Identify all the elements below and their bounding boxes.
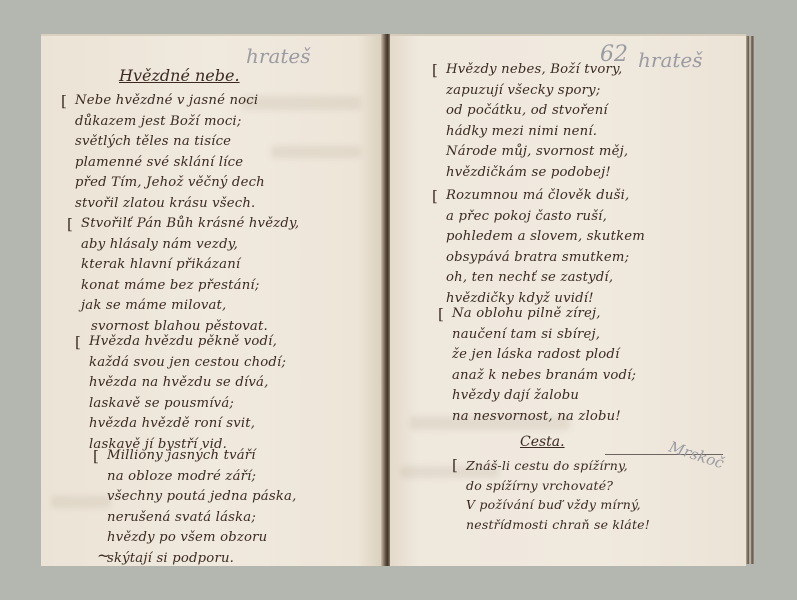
right-page: 62 hrateš [ Hvězdy nebes, Boží tvory, za…: [390, 34, 746, 566]
verse-line: Nebe hvězdné v jasné noci: [75, 91, 265, 112]
verse-line: konat máme bez přestání;: [81, 276, 299, 297]
end-flourish-icon: ~: [97, 546, 110, 565]
page-stack-edge: [746, 36, 754, 564]
verse-line: hvězda hvězdě roní svit,: [89, 414, 286, 435]
verse-line: na nesvornost, na zlobu!: [452, 407, 636, 428]
stanza-2: [ Rozumnou má člověk duši, a přec pokoj …: [446, 186, 645, 309]
verse-line: anaž k nebes branám vodí;: [452, 366, 636, 387]
verse-line: obsypává bratra smutkem;: [446, 248, 645, 269]
verse-line: Hvězdy nebes, Boží tvory,: [446, 60, 628, 81]
verse-line: před Tím, Jehož věčný dech: [75, 173, 265, 194]
poem-cesta-stanza: [ Znáš-li cestu do spížírny, do spížírny…: [466, 456, 650, 534]
verse-line: do spížírny vrchovaté?: [466, 476, 650, 496]
verse-line: každá svou jen cestou chodí;: [89, 353, 286, 374]
verse-line: laskavě se pousmívá;: [89, 394, 286, 415]
stanza-1: [ Hvězdy nebes, Boží tvory, zapuzují vše…: [446, 60, 628, 183]
ink-bleed-through: [271, 146, 361, 158]
verse-line: kterak hlavní přikázaní: [81, 255, 299, 276]
stanza-3: [ Hvězda hvězdu pěkně vodí, každá svou j…: [89, 332, 286, 455]
poem-title: Hvězdné nebe.: [119, 66, 240, 85]
stanza-bracket-icon: [: [452, 456, 458, 476]
verse-line: nerušená svatá láska;: [107, 508, 296, 529]
verse-line: naučení tam si sbírej,: [452, 325, 636, 346]
verse-line: hvězdy po všem obzoru: [107, 528, 296, 549]
open-notebook: hrateš Hvězdné nebe. [ Nebe hvězdné v ja…: [41, 34, 753, 566]
pencil-annotation: hrateš: [246, 44, 311, 68]
verse-line: hvězda na hvězdu se dívá,: [89, 373, 286, 394]
verse-line: Na oblohu pilně zírej,: [452, 304, 636, 325]
verse-line: od počátku, od stvoření: [446, 101, 628, 122]
stanza-bracket-icon: [: [438, 304, 444, 325]
verse-line: Znáš-li cestu do spížírny,: [466, 456, 650, 476]
verse-line: Národe můj, svornost měj,: [446, 142, 628, 163]
verse-line: Stvořilť Pán Bůh krásné hvězdy,: [81, 214, 299, 235]
verse-line: pohledem a slovem, skutkem: [446, 227, 645, 248]
stanza-3: [ Na oblohu pilně zírej, naučení tam si …: [452, 304, 636, 427]
verse-line: oh, ten nechť se zastydí,: [446, 268, 645, 289]
stanza-bracket-icon: [: [432, 186, 438, 207]
stanza-bracket-icon: [: [432, 60, 438, 81]
verse-line: hvězdičkám se podobej!: [446, 163, 628, 184]
verse-line: Rozumnou má člověk duši,: [446, 186, 645, 207]
verse-line: důkazem jest Boží moci;: [75, 112, 265, 133]
ink-bleed-through: [51, 496, 111, 508]
stanza-bracket-icon: [: [93, 446, 99, 467]
stanza-bracket-icon: [: [75, 332, 81, 353]
verse-line: a přec pokoj často ruší,: [446, 207, 645, 228]
verse-line: hádky mezi nimi není.: [446, 122, 628, 143]
verse-line: Milliony jasných tváří: [107, 446, 296, 467]
left-page: hrateš Hvězdné nebe. [ Nebe hvězdné v ja…: [41, 34, 385, 566]
verse-line: všechny poutá jedna páska,: [107, 487, 296, 508]
verse-line: zapuzují všecky spory;: [446, 81, 628, 102]
stanza-bracket-icon: [: [61, 91, 67, 112]
stanza-1: [ Nebe hvězdné v jasné noci důkazem jest…: [75, 91, 265, 214]
verse-line: skýtají si podporu.: [107, 549, 296, 567]
verse-line: že jen láska radost plodí: [452, 345, 636, 366]
verse-line: aby hlásaly nám vezdy,: [81, 235, 299, 256]
verse-line: Hvězda hvězdu pěkně vodí,: [89, 332, 286, 353]
verse-line: hvězdy dají žalobu: [452, 386, 636, 407]
verse-line: jak se máme milovat,: [81, 296, 299, 317]
stanza-2: [ Stvořilť Pán Bůh krásné hvězdy, aby hl…: [81, 214, 299, 337]
stanza-bracket-icon: [: [67, 214, 73, 235]
pencil-annotation: hrateš: [638, 48, 703, 72]
verse-line: na obloze modré září;: [107, 467, 296, 488]
verse-line: stvořil zlatou krásu všech.: [75, 194, 265, 215]
verse-line: světlých těles na tisíce: [75, 132, 265, 153]
verse-line: plamenné své sklání líce: [75, 153, 265, 174]
verse-line: nestřídmosti chraň se kláte!: [466, 515, 650, 535]
verse-line: V požívání buď vždy mírný,: [466, 495, 650, 515]
pencil-annotation: Mrskoč: [667, 438, 727, 473]
stanza-4: [ Milliony jasných tváří na obloze modré…: [107, 446, 296, 566]
poem-title: Cesta.: [520, 434, 565, 450]
